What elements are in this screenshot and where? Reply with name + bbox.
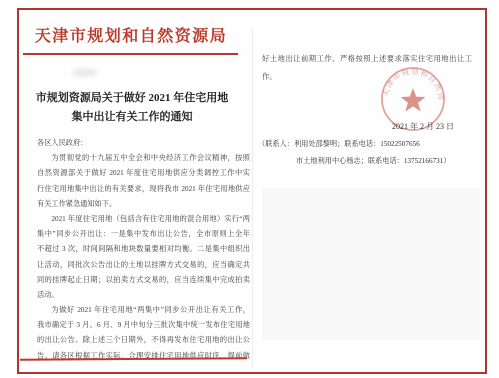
document-photo: 天津市规划和自然资源局 市规划资源局关于做好 2021 年住宅用地 集中出让有关… [0,0,499,378]
header-rule [23,53,238,55]
body-line: 为贯彻党的十九届五中全会和中央经济工作会议精神，按照 [37,151,250,166]
document-title: 市规划资源局关于做好 2021 年住宅用地 集中出让有关工作的通知 [27,89,237,126]
left-page-body: 各区人民政府： 为贯彻党的十九届五中全会和中央经济工作会议精神，按照 自然资源部… [37,136,250,364]
body-line: 有关工作紧急通知如下。 [37,197,250,212]
right-page-shade [262,188,480,340]
body-line: 活动。 [37,288,250,303]
body-line: 集中”同步公开出让：一是集中发布出让公告，全市原则上全年 [37,227,250,242]
contact-line-2: 市土地利用中心杨志；联系电话：13752166731） [296,156,481,166]
contact-line-1: （联系人：利用处邵黎明；联系电话：15022507656 [258,139,468,149]
body-line: 行住宅用地集中出让的有关要求，现将我市 2021 年住宅用地供应 [37,182,250,197]
title-line-2: 集中出让有关工作的通知 [27,108,237,127]
page-seam [252,28,253,368]
seal-star-icon [401,88,426,112]
document-date: 2021 年 2 月 23 日 [392,121,472,132]
body-line: 同的挂牌起止日期；以拍卖方式交易的，应当连续集中完成拍卖 [37,273,250,288]
seal-ring-text: 天津市规划和自然资源局 [371,57,446,102]
title-line-1: 市规划资源局关于做好 2021 年住宅用地 [27,89,237,108]
agency-header: 天津市规划和自然资源局 [24,27,238,47]
body-line: 告。请各区根据工作实际，合理安排住宅用地供应时序，提前做 [37,349,250,364]
body-line: 我市确定于 3 月、6 月、9 月中旬分三批次集中统一发布住宅用地 [37,318,250,333]
body-line: 自然资源部关于做好 2021 年度住宅用地供应分类调控工作中实 [37,166,250,181]
body-line: 2021 年度住宅用地（包括含有住宅用地的混合用地）实行“两 [37,212,250,227]
salutation: 各区人民政府： [37,136,250,151]
svg-text:天津市规划和自然资源局: 天津市规划和自然资源局 [371,57,446,102]
body-line: 让活动，同批次公告出让的土地以挂牌方式交易的，应当确定共 [37,258,250,273]
body-line: 为做好 2021 年住宅用地“两集中”同步公开出让有关工作， [37,303,250,318]
body-line: 不超过 3 次，时间间隔和地块数量要相对均衡。二是集中组织出 [37,242,250,257]
body-line: 的出让公告。除上述三个日期外，不得再发布住宅用地的出让公 [37,333,250,348]
paper-smudge [72,68,98,77]
